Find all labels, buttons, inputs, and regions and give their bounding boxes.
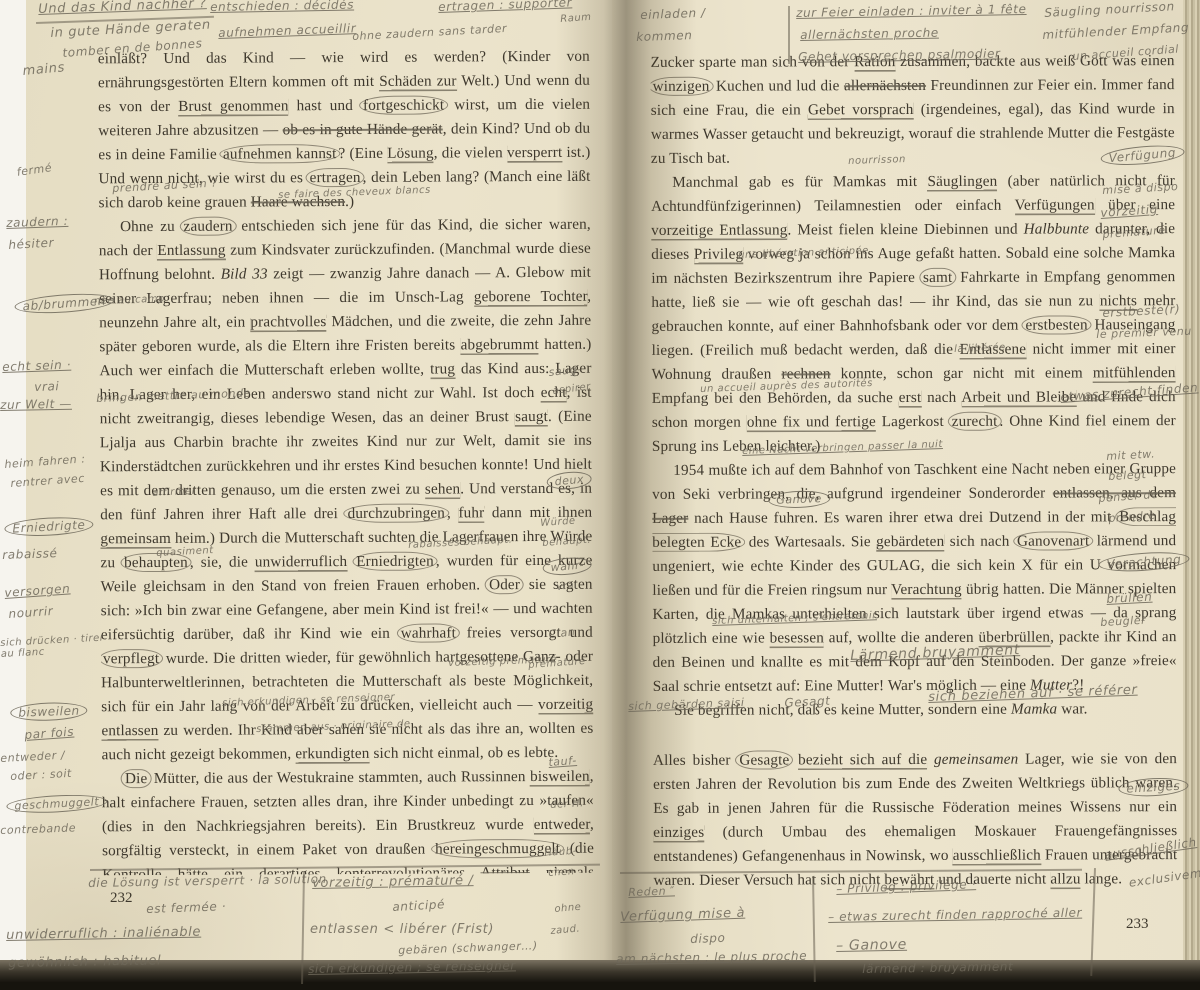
pencil-marked-word: trug (430, 360, 455, 377)
pencil-marked-word: Verachtung (891, 581, 962, 598)
pencil-marked-word: zaudern (179, 217, 236, 236)
pencil-marked-word: gemeinsam (100, 530, 171, 547)
printed-paragraph: 1954 mußte ich auf dem Bahnhof von Tasch… (652, 457, 1177, 699)
printed-paragraph: Zucker sparte man sich von der Ration zu… (651, 49, 1175, 171)
pencil-marked-word: Brust genommen (178, 97, 288, 115)
printed-paragraph: Die Mütter, die aus der Westukraine stam… (102, 765, 595, 876)
left-page-text: einläßt? Und das Kind — wie wird es werd… (98, 45, 594, 876)
pencil-marked-word: erst (899, 389, 922, 406)
pencil-marked-word: geborene Tochter (474, 288, 587, 306)
pencil-marked-word: Lösung (387, 145, 434, 162)
pencil-marked-word: vorzeitige Entlassung (651, 221, 787, 238)
pencil-marked-word: sehen (425, 480, 460, 497)
pencil-marked-word: vorzeitig entlassen (101, 696, 593, 740)
pencil-marked-word: Säuglingen (927, 173, 997, 190)
pencil-marked-word: allernächsten (844, 77, 926, 94)
pencil-marked-word: ertragen (306, 168, 365, 187)
pencil-marked-word: Ration (854, 53, 895, 70)
scanned-book-spread: einläßt? Und das Kind — wie wird es werd… (0, 0, 1200, 990)
printed-paragraph: einläßt? Und das Kind — wie wird es werd… (98, 45, 591, 216)
right-page-number: 233 (1126, 916, 1149, 933)
pencil-marked-word: wahrhaft (397, 623, 460, 642)
pencil-marked-word: Erniedrigten (352, 552, 438, 571)
pencil-marked-word: Die (121, 769, 151, 788)
pencil-marked-word: Mutter (1030, 676, 1072, 693)
scanner-shadow-band (0, 960, 1200, 990)
pencil-marked-word: hereingeschmuggelt (431, 839, 564, 859)
pencil-marked-word: abgebrummt (461, 336, 539, 353)
pencil-marked-word: ohne fix und fertige (747, 413, 876, 430)
pencil-marked-word: besessen (770, 629, 824, 646)
pencil-marked-word: gemeinsamen (934, 751, 1018, 768)
pencil-marked-word: erstbesten (1021, 315, 1091, 334)
left-page: einläßt? Und das Kind — wie wird es werd… (26, 0, 612, 974)
pencil-marked-word: Schäden zur (379, 72, 456, 89)
pencil-marked-word: echt (541, 384, 567, 401)
pencil-marked-word: ob es in gute Hände gerät (283, 120, 443, 138)
pencil-marked-word: ausschließlich (953, 847, 1041, 864)
pencil-marked-word: einziges (653, 824, 704, 841)
pencil-marked-word: gebärdeten (876, 533, 944, 550)
pencil-marked-word: überbrüllen (978, 629, 1050, 646)
pencil-marked-word: mitfühlenden (1093, 364, 1176, 381)
page-block-edge (1183, 0, 1200, 974)
pencil-marked-word: fortgeschickt (359, 95, 448, 114)
printed-paragraph: Manchmal gab es für Mamkas mit Säuglinge… (651, 169, 1176, 459)
pencil-marked-word: behaupten (120, 553, 192, 572)
pencil-marked-word: Entlassung (157, 242, 225, 259)
pencil-marked-word: Haare wachsen (251, 193, 345, 210)
left-page-number: 232 (110, 890, 133, 907)
pencil-marked-word: Entlassene (960, 341, 1027, 358)
pencil-marked-word: Halbbunte (1024, 220, 1090, 237)
pencil-marked-word: bisweilen (530, 768, 590, 785)
pencil-marked-word: Mamka (1011, 701, 1057, 718)
pencil-marked-word: Gebet vorsprach (808, 101, 914, 118)
pencil-marked-word: entweder (534, 816, 590, 833)
printed-paragraph: Alles bisher Gesagte bezieht sich auf di… (653, 747, 1177, 893)
pencil-marked-word: Oder (485, 575, 524, 594)
pencil-marked-word: Privileg (694, 246, 743, 263)
pencil-marked-word: Gesagte (735, 750, 793, 769)
pencil-marked-word: winzigen (651, 77, 714, 96)
pencil-marked-word: samt (919, 268, 956, 287)
pencil-marked-word: Attribut (480, 864, 529, 875)
pencil-marked-word: versperrt (507, 144, 562, 161)
pencil-marked-word: entlassen, aus dem Lager (652, 484, 1176, 527)
pencil-marked-word: saugt (515, 408, 548, 425)
right-page-text: Zucker sparte man sich von der Ration zu… (651, 49, 1178, 893)
pencil-marked-word: rechnen (781, 365, 830, 382)
pencil-marked-word: durchzubringen (343, 503, 449, 523)
pencil-marked-word: Verfügungen (1015, 196, 1095, 213)
printed-paragraph: Ohne zu zaudern entschieden sich jene fü… (99, 213, 594, 768)
pencil-marked-word: erkundigten (295, 745, 369, 762)
pencil-marked-word: Arbeit und Bleibe (961, 388, 1076, 405)
pencil-marked-word: allzu (1050, 870, 1080, 887)
pencil-marked-word: Bild 33 (221, 265, 268, 282)
pencil-marked-word: verpflegt (99, 649, 163, 668)
pencil-marked-word: fuhr (458, 504, 484, 521)
right-page: Zucker sparte man sich von der Ration zu… (612, 0, 1190, 974)
pencil-marked-word: prachtvolles (250, 313, 326, 330)
pencil-marked-word: bewährt (884, 871, 934, 888)
pencil-marked-word: zurecht (948, 412, 1002, 431)
pencil-marked-word: unwiderruflich (255, 553, 347, 570)
pencil-marked-word: aufnehmen kannst (219, 144, 341, 164)
pencil-marked-word: bezieht sich auf die (798, 751, 927, 768)
pencil-marked-word: Ganovenart (1013, 531, 1093, 550)
pencil-marked-word: nichts (1100, 292, 1137, 309)
printed-paragraph: Sie begriffen nicht, daß es keine Mutter… (653, 697, 1177, 723)
